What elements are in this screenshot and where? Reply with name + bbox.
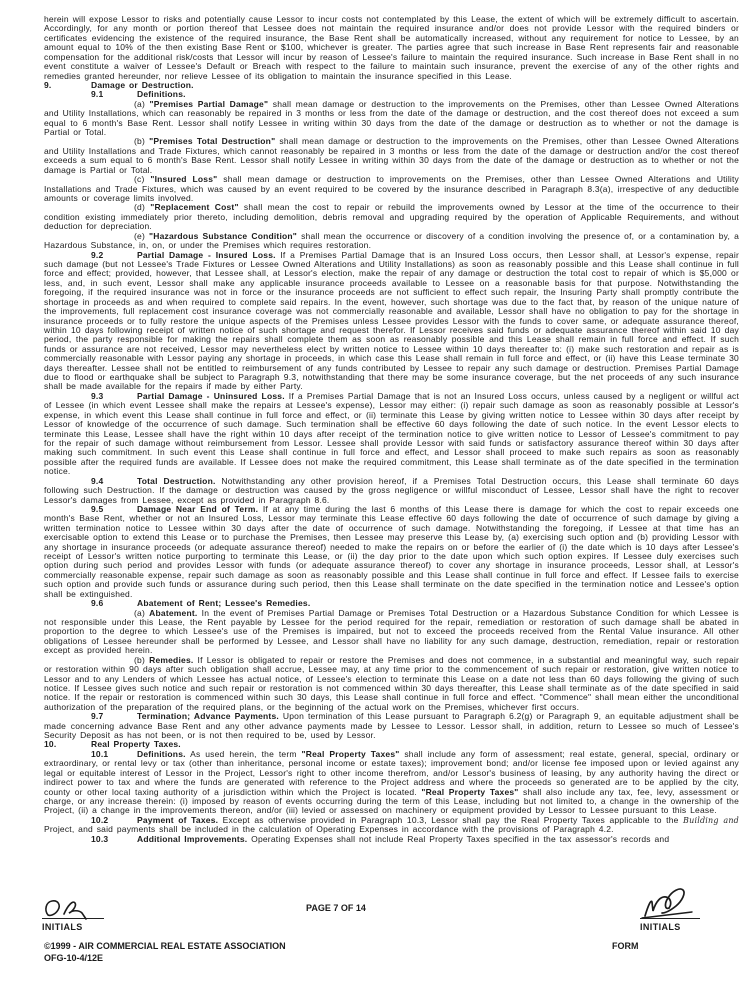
document-body: herein will expose Lessor to risks and p… <box>44 15 739 844</box>
clause-number: 10. <box>44 740 91 749</box>
initials-label-right: INITIALS <box>640 922 704 932</box>
paragraph: (a) "Premises Partial Damage" shall mean… <box>44 100 739 138</box>
paragraph: 9.5Damage Near End of Term. If at any ti… <box>44 505 739 599</box>
clause-number: 9.6 <box>91 599 137 608</box>
paragraph: 10.3Additional Improvements. Operating E… <box>44 835 739 844</box>
lease-page: herein will expose Lessor to risks and p… <box>0 0 750 1000</box>
form-code-text: OFG-10-4/12E <box>44 953 103 963</box>
paragraph: 10.1Definitions. As used herein, the ter… <box>44 750 739 816</box>
initials-label-left: INITIALS <box>42 922 112 932</box>
clause-number: 9. <box>44 81 91 90</box>
clause-text: If Lessor is obligated to repair or rest… <box>44 655 739 712</box>
paragraph: 10.2Payment of Taxes. Except as otherwis… <box>44 816 739 835</box>
initials-block-left: INITIALS <box>42 898 112 932</box>
initials-signature-right <box>640 884 700 920</box>
paragraph: (c) "Insured Loss" shall mean damage or … <box>44 175 739 203</box>
clause-title: Additional Improvements. <box>137 834 247 844</box>
paragraph: (b) Remedies. If Lessor is obligated to … <box>44 656 739 713</box>
paragraph: herein will expose Lessor to risks and p… <box>44 15 739 81</box>
clause-text: Operating Expenses shall not include Rea… <box>247 834 669 844</box>
initials-line-left <box>42 918 104 919</box>
form-label-text: FORM <box>612 941 639 951</box>
paragraph: (e) "Hazardous Substance Condition" shal… <box>44 232 739 251</box>
clause-text: If a Premises Partial Damage that is not… <box>44 391 739 476</box>
paragraph: 9.3Partial Damage - Uninsured Loss. If a… <box>44 392 739 477</box>
clause-text: If at any time during the last 6 months … <box>44 504 739 599</box>
clause-number: 10.3 <box>91 835 137 844</box>
clause-number: 9.1 <box>91 90 137 99</box>
initials-block-right: INITIALS <box>640 884 704 932</box>
paragraph: (b) "Premises Total Destruction" shall m… <box>44 137 739 175</box>
paragraph: 9.2Partial Damage - Insured Loss. If a P… <box>44 251 739 392</box>
clause-text: If a Premises Partial Damage that is an … <box>44 250 739 392</box>
clause-text: herein will expose Lessor to risks and p… <box>44 14 739 81</box>
copyright-text: ©1999 - AIR COMMERCIAL REAL ESTATE ASSOC… <box>44 941 286 951</box>
page-number-label: PAGE 7 OF 14 <box>306 903 366 913</box>
inserted-text: Building and <box>683 816 739 825</box>
paragraph: (a) Abatement. In the event of Premises … <box>44 609 739 656</box>
initials-line-right <box>640 918 700 919</box>
paragraph: (d) "Replacement Cost" shall mean the co… <box>44 203 739 231</box>
initials-signature-left <box>42 898 104 920</box>
paragraph: 9.4Total Destruction. Notwithstanding an… <box>44 477 739 505</box>
paragraph: 9.7Termination; Advance Payments. Upon t… <box>44 712 739 740</box>
